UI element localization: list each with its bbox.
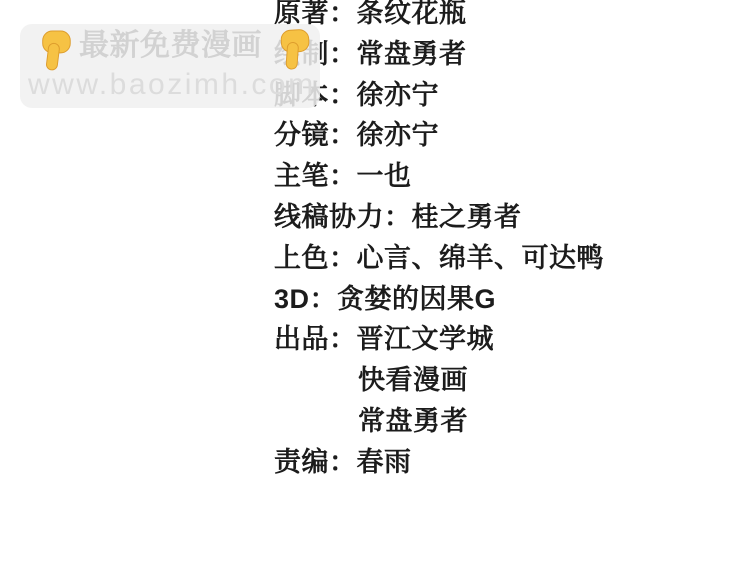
- credit-value: 心言、绵羊、可达鸭: [357, 243, 605, 273]
- credit-line: 快看漫画: [274, 360, 604, 401]
- credit-line: 责编：春雨: [274, 442, 604, 483]
- credit-line: 3D：贪婪的因果G: [274, 279, 604, 320]
- credit-line: 绘制：常盘勇者: [274, 34, 604, 75]
- credit-role-label: 线稿协力：: [274, 202, 412, 232]
- finger-down-icon: [275, 26, 315, 72]
- credit-role-label: 上色：: [274, 243, 357, 273]
- finger-down-icon: [37, 28, 75, 72]
- credit-value: 贪婪的因果G: [337, 284, 496, 314]
- credit-line: 主笔：一也: [274, 156, 604, 197]
- credit-role-label: 主笔：: [274, 161, 357, 191]
- watermark-url: www.baozimh.com: [28, 69, 316, 101]
- credit-value: 桂之勇者: [412, 202, 522, 232]
- credit-value: 徐亦宁: [357, 120, 440, 150]
- credit-value: 春雨: [357, 447, 412, 477]
- credit-role-label: 3D：: [274, 284, 337, 314]
- credit-line: 上色：心言、绵羊、可达鸭: [274, 238, 604, 279]
- credit-value: 快看漫画: [358, 365, 468, 395]
- credit-line: 线稿协力：桂之勇者: [274, 197, 604, 238]
- credit-line: 常盘勇者: [274, 401, 604, 442]
- credit-line: 出品：晋江文学城: [274, 319, 604, 360]
- comic-credits-page: 原著：条纹花瓶绘制：常盘勇者脚本：徐亦宁分镜：徐亦宁主笔：一也线稿协力：桂之勇者…: [0, 0, 750, 586]
- credit-value: 一也: [357, 161, 412, 191]
- credit-value: 常盘勇者: [357, 39, 467, 69]
- credit-role-label: 责编：: [274, 447, 357, 477]
- credit-role-label: 分镜：: [274, 120, 357, 150]
- credit-value: 徐亦宁: [357, 80, 440, 110]
- credit-value: 晋江文学城: [357, 324, 495, 354]
- watermark-title: 最新免费漫画: [79, 29, 262, 63]
- credit-value: 常盘勇者: [358, 406, 468, 436]
- credit-line: 原著：条纹花瓶: [274, 0, 604, 34]
- credit-value: 条纹花瓶: [357, 0, 467, 28]
- credits-block: 原著：条纹花瓶绘制：常盘勇者脚本：徐亦宁分镜：徐亦宁主笔：一也线稿协力：桂之勇者…: [274, 0, 604, 483]
- credit-line: 脚本：徐亦宁: [274, 75, 604, 116]
- credit-role-label: 出品：: [274, 324, 357, 354]
- credit-line: 分镜：徐亦宁: [274, 115, 604, 156]
